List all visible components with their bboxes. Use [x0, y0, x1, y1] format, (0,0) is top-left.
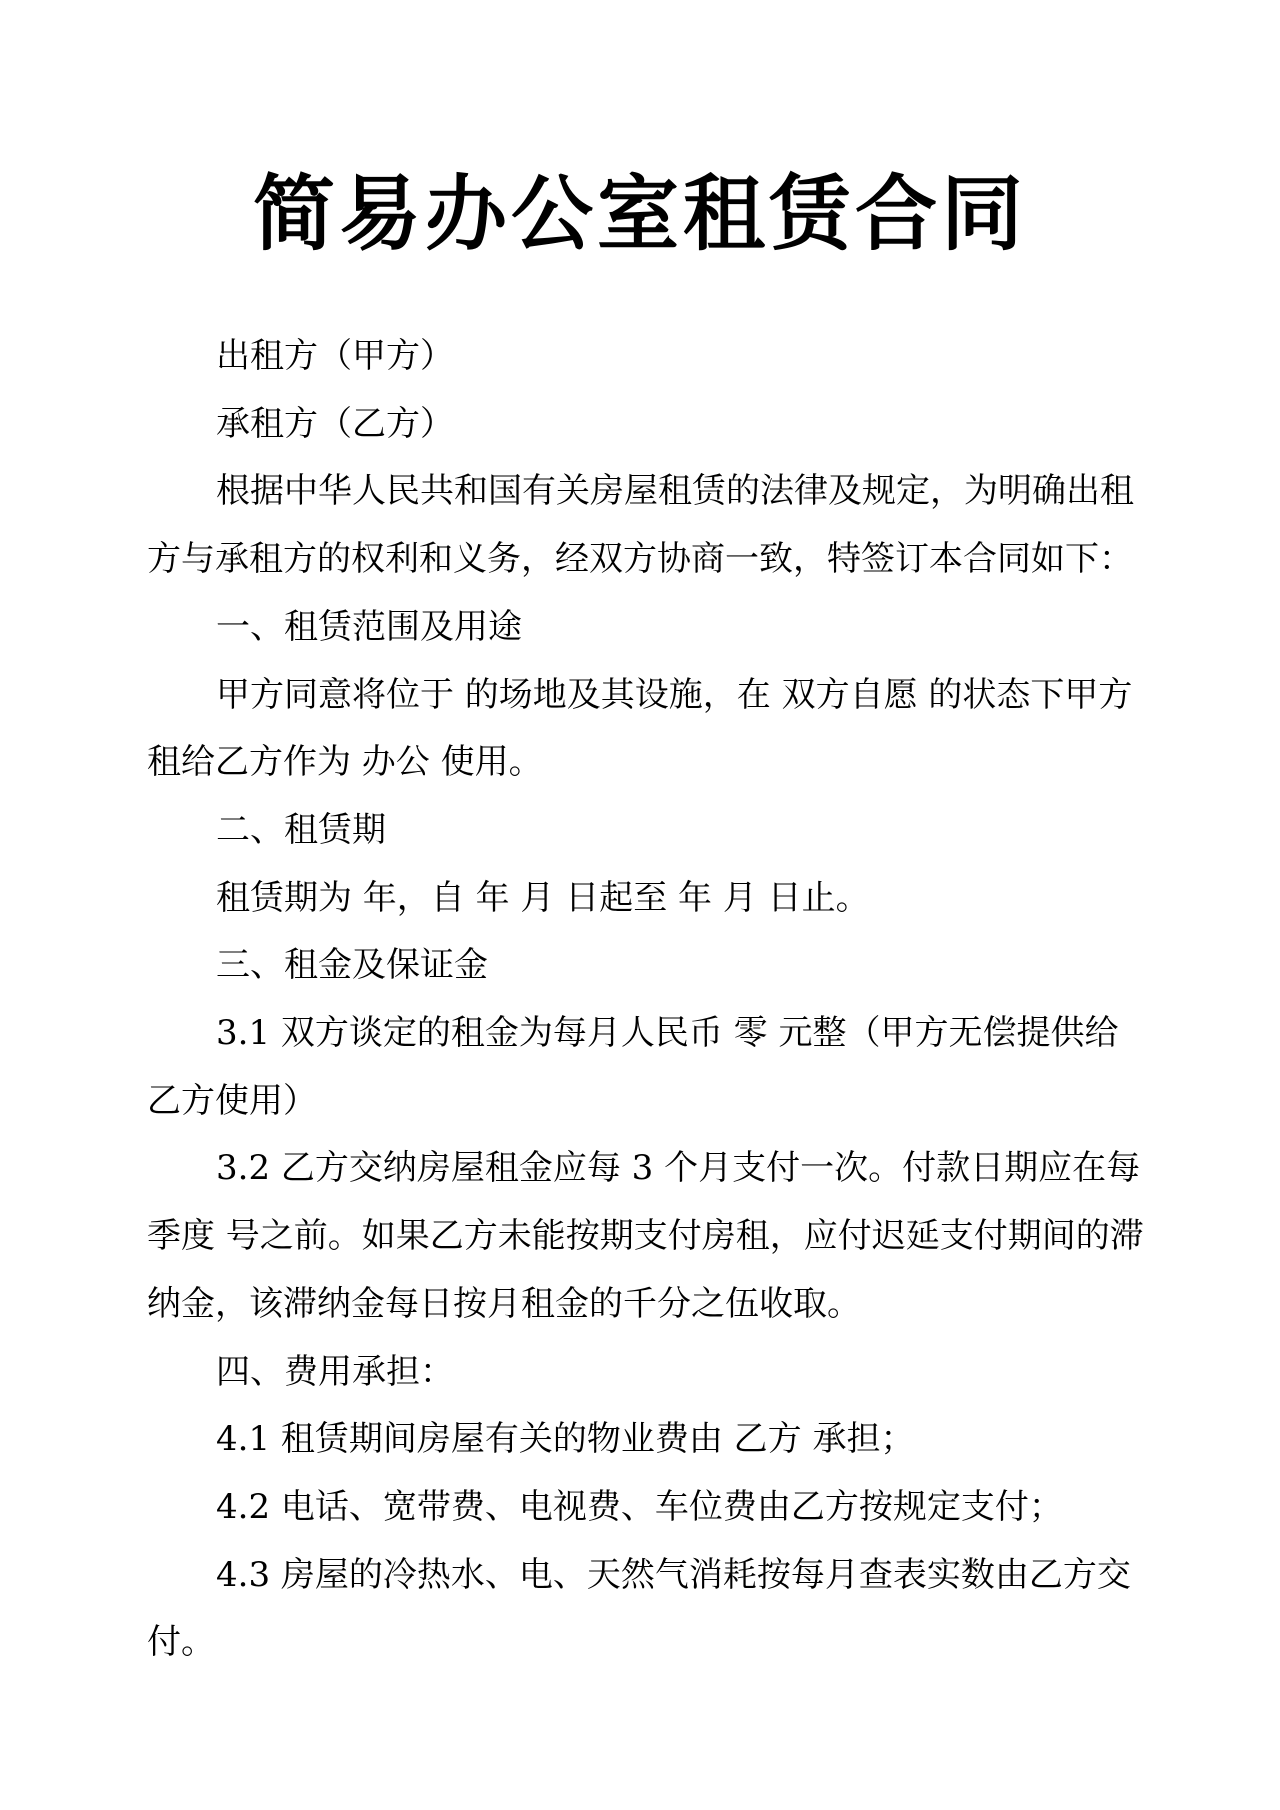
term-paragraph: 租赁期为 年，自 年 月 日起至 年 月 日止。 [147, 865, 1147, 933]
section-heading-scope: 一、租赁范围及用途 [147, 594, 1147, 662]
document-body: 出租方（甲方） 承租方（乙方） 根据中华人民共和国有关房屋租赁的法律及规定，为明… [147, 323, 1147, 1677]
clause-4-1: 4.1 租赁期间房屋有关的物业费由 乙方 承担； [147, 1406, 1147, 1474]
clause-3-2: 3.2 乙方交纳房屋租金应每 3 个月支付一次。付款日期应在每季度 号之前。如果… [147, 1135, 1147, 1338]
section-heading-term: 二、租赁期 [147, 797, 1147, 865]
section-heading-rent: 三、租金及保证金 [147, 932, 1147, 1000]
preamble-paragraph: 根据中华人民共和国有关房屋租赁的法律及规定，为明确出租方与承租方的权利和义务，经… [147, 458, 1147, 593]
section-heading-fees: 四、费用承担： [147, 1339, 1147, 1407]
lessee-line: 承租方（乙方） [147, 391, 1147, 459]
clause-3-1: 3.1 双方谈定的租金为每月人民币 零 元整（甲方无偿提供给乙方使用） [147, 1000, 1147, 1135]
scope-paragraph: 甲方同意将位于 的场地及其设施，在 双方自愿 的状态下甲方租给乙方作为 办公 使… [147, 662, 1147, 797]
lessor-line: 出租方（甲方） [147, 323, 1147, 391]
clause-4-3: 4.3 房屋的冷热水、电、天然气消耗按每月查表实数由乙方交付。 [147, 1542, 1147, 1677]
document-title: 简易办公室租赁合同 [0, 160, 1280, 270]
clause-4-2: 4.2 电话、宽带费、电视费、车位费由乙方按规定支付； [147, 1474, 1147, 1542]
